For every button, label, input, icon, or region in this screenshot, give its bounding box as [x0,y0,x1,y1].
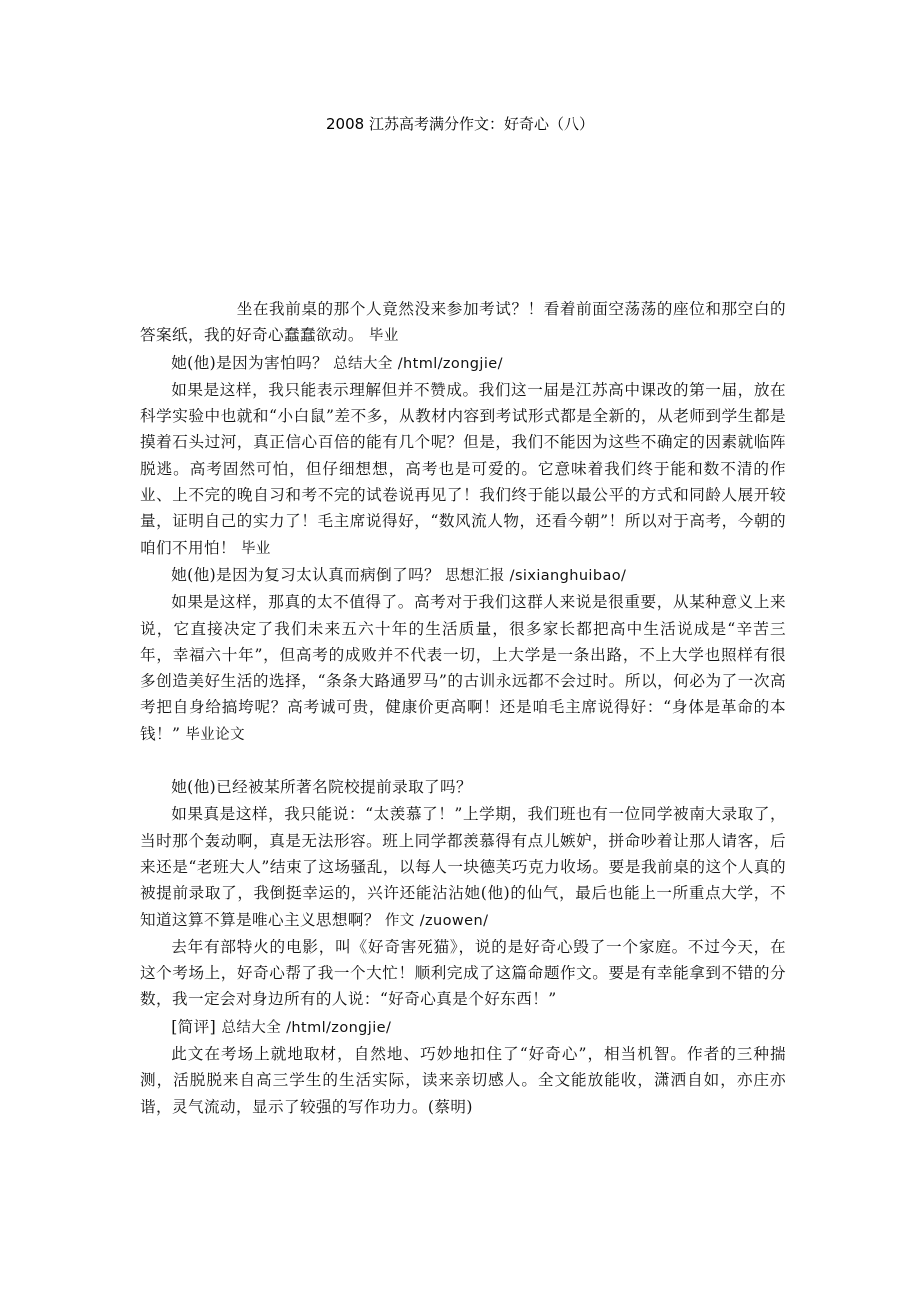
paragraph-tag: 思想汇报 /sixianghuibao/ [440,568,626,584]
paragraph-text: 她(他)已经被某所著名院校提前录取了吗？ [171,778,472,796]
paragraph-text: 如果真是这样，我只能说：“太羡慕了！”上学期，我们班也有一位同学被南大录取了，当… [140,805,786,928]
document-body: 坐在我前桌的那个人竟然没来参加考试？！看着前面空荡荡的座位和那空白的答案纸，我的… [140,296,786,1121]
paragraph-text: 如果是这样，我只能表示理解但并不赞成。我们这一届是江苏高中课改的第一届，放在科学… [140,381,786,557]
paragraph-tag: 总结大全 /html/zongjie/ [328,356,503,372]
paragraph-text: 她(他)是因为复习太认真而病倒了吗？ [171,566,440,584]
paragraph-answer-1: 如果是这样，我只能表示理解但并不赞成。我们这一届是江苏高中课改的第一届，放在科学… [140,377,786,562]
paragraph-answer-2: 如果是这样，那真的太不值得了。高考对于我们这群人来说是很重要，从某种意义上来说，… [140,589,786,748]
paragraph-review: 此文在考场上就地取材，自然地、巧妙地扣住了“好奇心”，相当机智。作者的三种揣测，… [140,1041,786,1121]
paragraph-text: 她(他)是因为害怕吗？ [171,354,328,372]
paragraph-question-2: 她(他)是因为复习太认真而病倒了吗？ 思想汇报 /sixianghuibao/ [140,562,786,589]
document-page: 2008 江苏高考满分作文：好奇心（八） 坐在我前桌的那个人竟然没来参加考试？！… [0,0,920,1302]
paragraph-intro: 坐在我前桌的那个人竟然没来参加考试？！看着前面空荡荡的座位和那空白的答案纸，我的… [140,296,786,350]
paragraph-answer-3: 如果真是这样，我只能说：“太羡慕了！”上学期，我们班也有一位同学被南大录取了，当… [140,801,786,933]
paragraph-tag: 毕业 [364,328,399,344]
paragraph-tag: 总结大全 /html/zongjie/ [222,1020,392,1036]
paragraph-tag: 作文 /zuowen/ [380,913,488,929]
paragraph-text: 坐在我前桌的那个人竟然没来参加考试？！看着前面空荡荡的座位和那空白的答案纸，我的… [140,300,786,344]
paragraph-tag: 毕业 [236,541,271,557]
paragraph-question-3: 她(他)已经被某所著名院校提前录取了吗？ [140,774,786,801]
paragraph-text: 如果是这样，那真的太不值得了。高考对于我们这群人来说是很重要，从某种意义上来说，… [140,593,786,742]
paragraph-text: 此文在考场上就地取材，自然地、巧妙地扣住了“好奇心”，相当机智。作者的三种揣测，… [140,1045,786,1116]
paragraph-text: [简评] [171,1018,221,1036]
paragraph-question-1: 她(他)是因为害怕吗？ 总结大全 /html/zongjie/ [140,350,786,377]
paragraph-review-heading: [简评] 总结大全 /html/zongjie/ [140,1014,786,1041]
paragraph-text: 去年有部特火的电影，叫《好奇害死猫》，说的是好奇心毁了一个家庭。不过今天，在这个… [140,938,786,1009]
paragraph-conclusion: 去年有部特火的电影，叫《好奇害死猫》，说的是好奇心毁了一个家庭。不过今天，在这个… [140,934,786,1014]
document-title: 2008 江苏高考满分作文：好奇心（八） [0,113,920,135]
paragraph-tag: 毕业论文 [180,727,245,743]
